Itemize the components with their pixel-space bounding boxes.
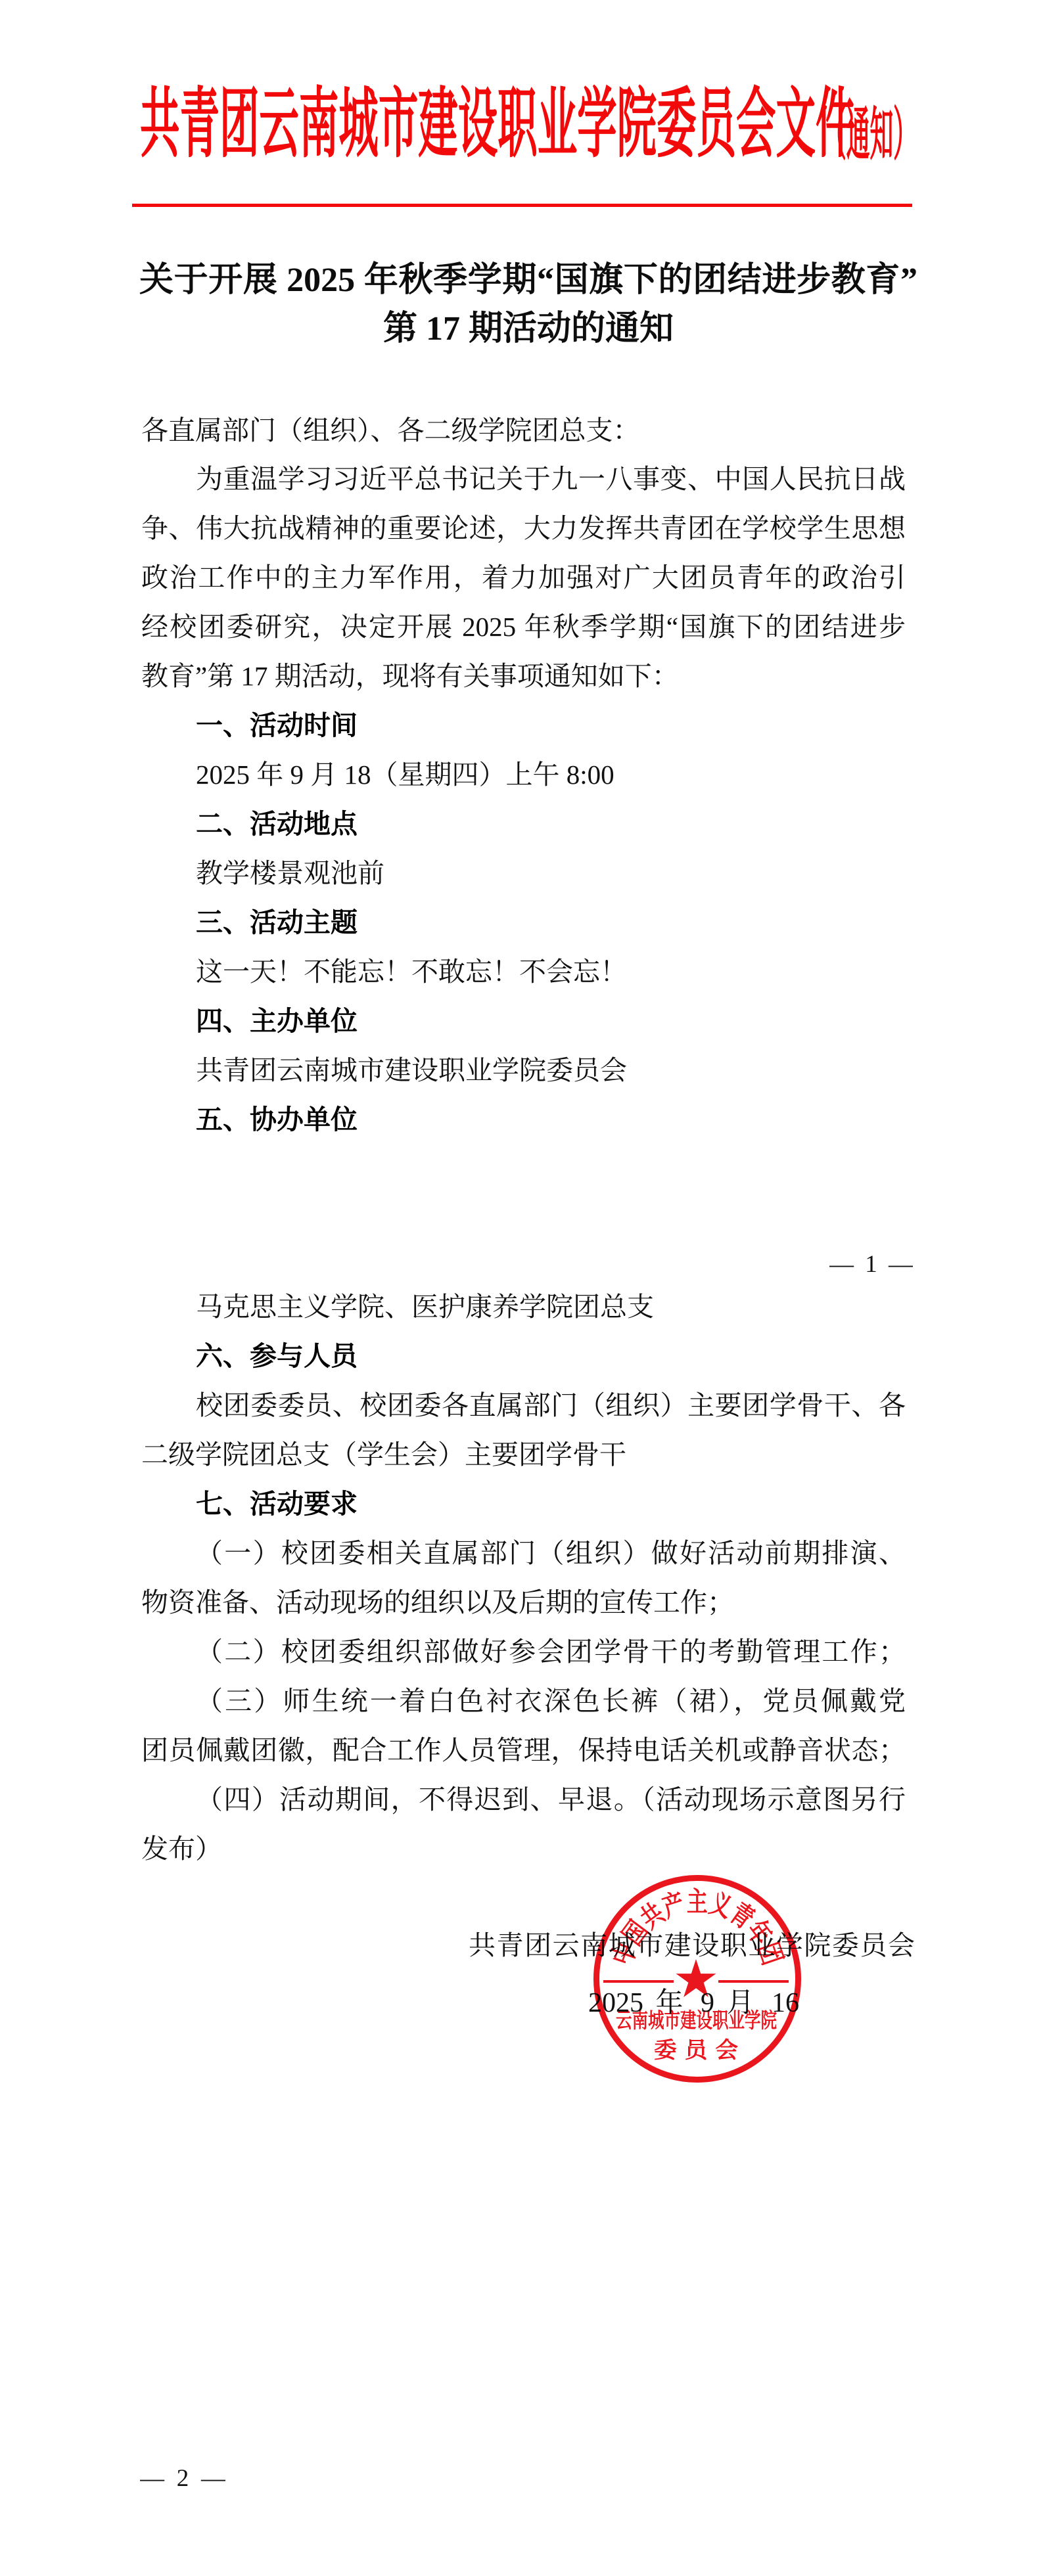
requirement-item-1: 物资准备、活动现场的组织以及后期的宣传工作； bbox=[141, 1578, 906, 1627]
seal-line-2: 委 员 会 bbox=[654, 2037, 738, 2064]
seal-line-1: 云南城市建设职业学院 bbox=[616, 2008, 777, 2033]
notice-title-line-2: 第 17 期活动的通知 bbox=[139, 305, 917, 353]
section-body-location: 教学楼景观池前 bbox=[196, 849, 906, 898]
requirement-item-3: 团员佩戴团徽，配合工作人员管理，保持电话关机或静音状态； bbox=[141, 1726, 906, 1775]
masthead-red-rule bbox=[132, 204, 912, 207]
section-body-participants: 二级学院团总支（学生会）主要团学骨干 bbox=[141, 1430, 906, 1480]
salutation: 各直属部门（组织）、各二级学院团总支： bbox=[141, 406, 906, 455]
document-page: 共青团云南城市建设职业学院委员会文件 （通知） 关于开展 2025 年秋季学期“… bbox=[0, 0, 1043, 2576]
intro-paragraph-line: 为重温学习习近平总书记关于九一八事变、中国人民抗日战 bbox=[196, 455, 906, 504]
intro-paragraph-line: 经校团委研究，决定开展 2025 年秋季学期“国旗下的团结进步 bbox=[141, 602, 906, 652]
requirement-item-4: 发布） bbox=[141, 1824, 906, 1874]
section-heading-theme: 三、活动主题 bbox=[196, 898, 906, 947]
section-body-theme: 这一天！不能忘！不敢忘！不会忘！ bbox=[196, 947, 906, 997]
masthead-title: 共青团云南城市建设职业学院委员会文件 bbox=[140, 85, 855, 162]
section-body-participants: 校团委委员、校团委各直属部门（组织）主要团学骨干、各 bbox=[196, 1381, 906, 1430]
section-body-time: 2025 年 9 月 18（星期四）上午 8:00 bbox=[196, 750, 906, 800]
requirement-item-3: （三）师生统一着白色衬衣深色长裤（裙），党员佩戴党徽、 bbox=[196, 1677, 906, 1726]
requirement-item-4: （四）活动期间，不得迟到、早退。（活动现场示意图另行 bbox=[196, 1775, 906, 1824]
intro-paragraph-line: 争、伟大抗战精神的重要论述，大力发挥共青团在学校学生思想 bbox=[141, 504, 906, 553]
requirement-item-1: （一）校团委相关直属部门（组织）做好活动前期排演、 bbox=[196, 1529, 906, 1578]
page-number-1: — 1 — bbox=[829, 1248, 913, 1281]
section-heading-organizer: 四、主办单位 bbox=[196, 997, 906, 1046]
official-seal: 中国共产主义青年团 云南城市建设职业学院 委 员 会 bbox=[588, 1871, 808, 2091]
section-heading-co-organizer: 五、协办单位 bbox=[196, 1095, 906, 1144]
page-number-2: — 2 — bbox=[140, 2462, 225, 2495]
section-body-co-organizer: 马克思主义学院、医护康养学院团总支 bbox=[196, 1282, 906, 1332]
requirement-item-2: （二）校团委组织部做好参会团学骨干的考勤管理工作； bbox=[196, 1627, 906, 1677]
notice-title-line-1: 关于开展 2025 年秋季学期“国旗下的团结进步教育” bbox=[139, 256, 917, 305]
section-heading-participants: 六、参与人员 bbox=[196, 1332, 906, 1381]
intro-paragraph-line: 政治工作中的主力军作用，着力加强对广大团员青年的政治引领， bbox=[141, 553, 906, 602]
section-heading-requirements: 七、活动要求 bbox=[196, 1480, 906, 1529]
intro-paragraph-line: 教育”第 17 期活动，现将有关事项通知如下： bbox=[141, 652, 906, 701]
section-heading-location: 二、活动地点 bbox=[196, 800, 906, 849]
section-heading-time: 一、活动时间 bbox=[196, 701, 906, 750]
star-icon bbox=[676, 1959, 716, 1997]
section-body-organizer: 共青团云南城市建设职业学院委员会 bbox=[196, 1046, 906, 1095]
masthead-suffix: （通知） bbox=[823, 105, 917, 163]
